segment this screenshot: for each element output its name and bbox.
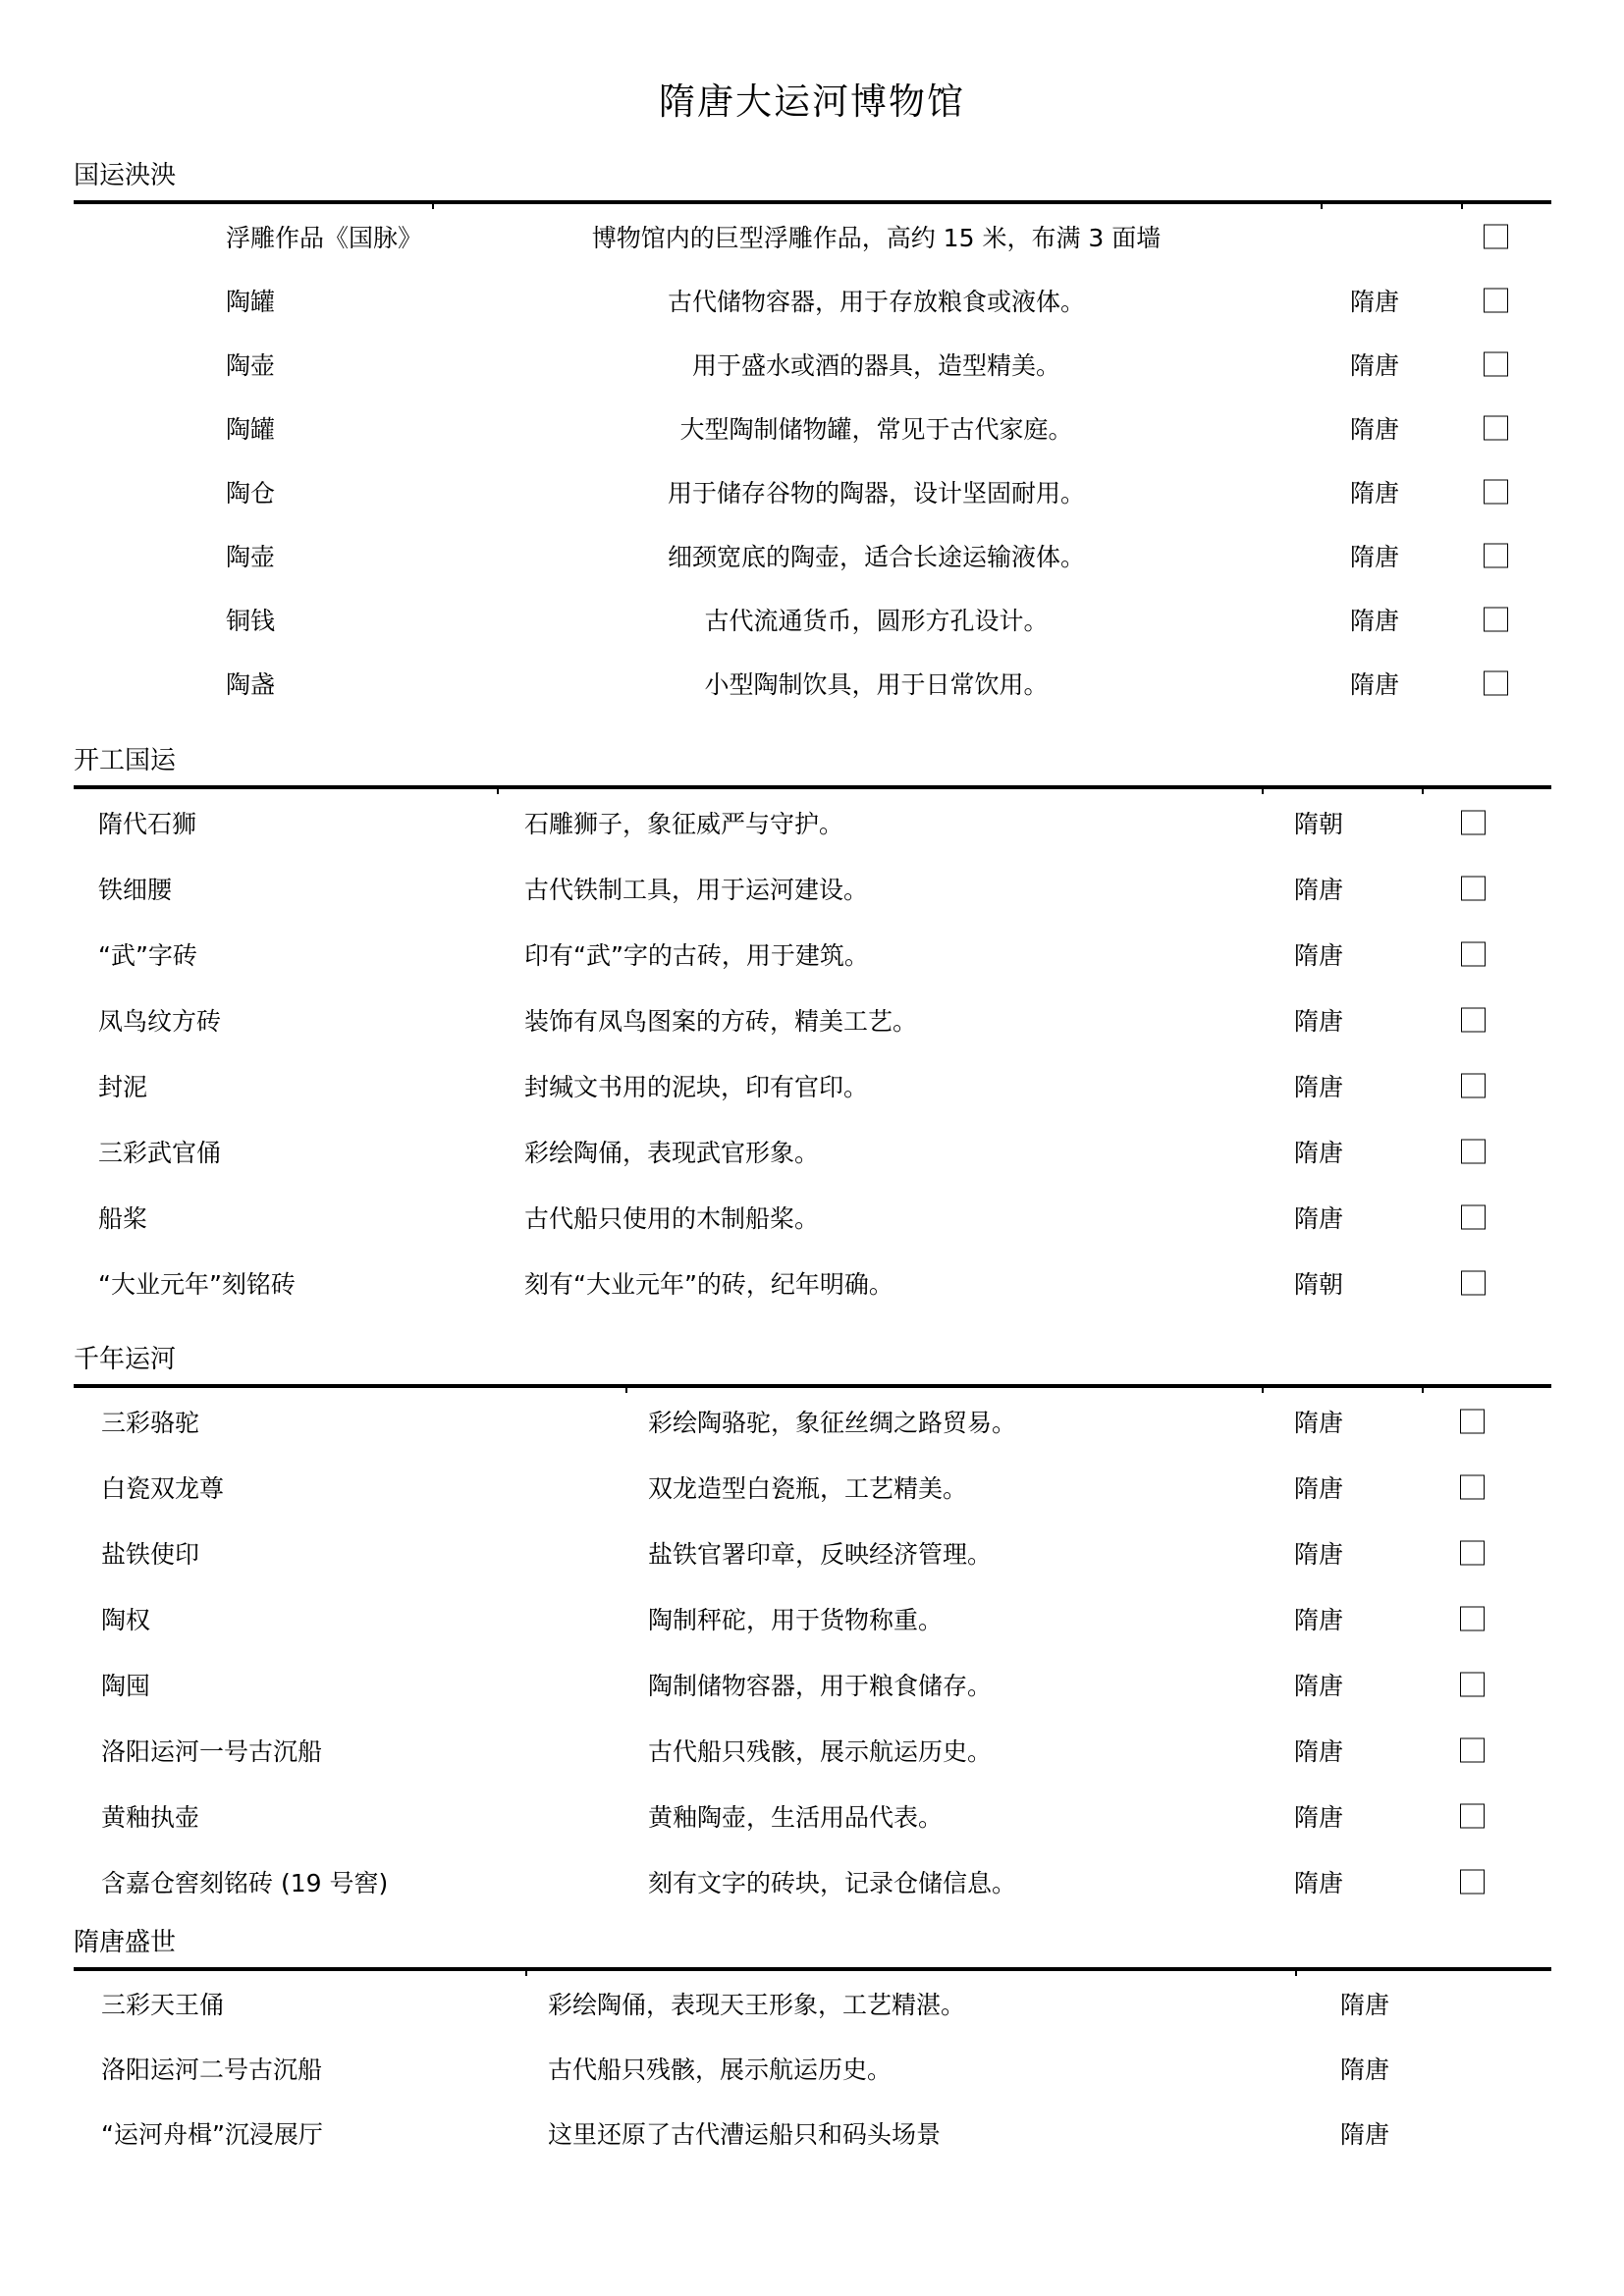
item-dynasty: 隋唐 (1350, 602, 1399, 637)
item-name: 铜钱 (226, 602, 275, 637)
table-row: 陶仓 用于储存谷物的陶器，设计坚固耐用。 隋唐 (0, 459, 1624, 523)
item-name: 陶壶 (226, 347, 275, 382)
section-guoyun-yangyang: 国运泱泱 浮雕作品《国脉》 博物馆内的巨型浮雕作品，高约 15 米，布满 3 面… (0, 159, 1624, 715)
table-row: 陶壶 细颈宽底的陶壶，适合长途运输液体。 隋唐 (0, 523, 1624, 587)
table-row: 陶权 陶制秤砣，用于货物称重。 隋唐 (0, 1585, 1624, 1651)
item-dynasty: 隋唐 (1294, 1733, 1343, 1768)
item-checkbox[interactable] (1461, 1139, 1486, 1163)
table-row: “运河舟楫”沉浸展厅 这里还原了古代漕运船只和码头场景 隋唐 (0, 2101, 1624, 2165)
table-row: 凤鸟纹方砖 装饰有凤鸟图案的方砖，精美工艺。 隋唐 (0, 987, 1624, 1052)
item-desc: 双龙造型白瓷瓶，工艺精美。 (648, 1469, 967, 1505)
item-desc: 彩绘陶俑，表现天王形象，工艺精湛。 (548, 1986, 965, 2021)
item-dynasty: 隋唐 (1350, 666, 1399, 701)
item-checkbox[interactable] (1460, 1737, 1485, 1762)
section-qiannian-yunhe: 千年运河 三彩骆驼 彩绘陶骆驼，象征丝绸之路贸易。 隋唐 白瓷双龙尊 双龙造型白… (0, 1343, 1624, 1914)
item-checkbox[interactable] (1484, 224, 1508, 248)
item-name: 陶盏 (226, 666, 275, 701)
item-checkbox[interactable] (1484, 607, 1508, 631)
item-desc: 古代船只残骸，展示航运历史。 (548, 2051, 892, 2086)
item-desc: 彩绘陶骆驼，象征丝绸之路贸易。 (648, 1404, 1016, 1439)
item-desc: 石雕狮子，象征威严与守护。 (524, 805, 843, 840)
item-name: 封泥 (98, 1068, 147, 1103)
item-dynasty: 隋唐 (1294, 1404, 1343, 1439)
item-checkbox[interactable] (1461, 1007, 1486, 1032)
item-checkbox[interactable] (1461, 1073, 1486, 1097)
item-checkbox[interactable] (1484, 670, 1508, 695)
item-dynasty: 隋唐 (1294, 1601, 1343, 1636)
item-desc: 古代船只残骸，展示航运历史。 (648, 1733, 992, 1768)
item-desc: 陶制秤砣，用于货物称重。 (648, 1601, 943, 1636)
item-dynasty: 隋朝 (1294, 805, 1343, 840)
section-heading: 开工国运 (74, 744, 1624, 777)
table-row: 陶罐 大型陶制储物罐，常见于古代家庭。 隋唐 (0, 396, 1624, 459)
item-desc: 盐铁官署印章，反映经济管理。 (648, 1535, 992, 1571)
item-dynasty: 隋唐 (1340, 2051, 1389, 2086)
item-name: 含嘉仓窖刻铭砖 (19 号窖) (101, 1864, 388, 1899)
item-desc: 古代储物容器，用于存放粮食或液体。 (432, 283, 1321, 318)
item-checkbox[interactable] (1460, 1803, 1485, 1828)
item-desc: 用于储存谷物的陶器，设计坚固耐用。 (432, 474, 1321, 509)
table-row: 洛阳运河一号古沉船 古代船只残骸，展示航运历史。 隋唐 (0, 1717, 1624, 1783)
item-checkbox[interactable] (1461, 810, 1486, 834)
item-checkbox[interactable] (1460, 1869, 1485, 1894)
item-checkbox[interactable] (1460, 1672, 1485, 1696)
item-name: 陶仓 (226, 474, 275, 509)
table-row: 三彩天王俑 彩绘陶俑，表现天王形象，工艺精湛。 隋唐 (0, 1971, 1624, 2036)
item-desc: 这里还原了古代漕运船只和码头场景 (548, 2115, 941, 2151)
item-name: “运河舟楫”沉浸展厅 (101, 2115, 323, 2151)
item-desc: 黄釉陶壶，生活用品代表。 (648, 1798, 943, 1834)
item-dynasty: 隋唐 (1340, 1986, 1389, 2021)
item-name: 陶罐 (226, 283, 275, 318)
item-name: 凤鸟纹方砖 (98, 1002, 221, 1038)
item-name: 三彩骆驼 (101, 1404, 199, 1439)
item-checkbox[interactable] (1484, 543, 1508, 567)
item-name: 黄釉执壶 (101, 1798, 199, 1834)
table-row: 铜钱 古代流通货币，圆形方孔设计。 隋唐 (0, 587, 1624, 651)
table-row: 陶罐 古代储物容器，用于存放粮食或液体。 隋唐 (0, 268, 1624, 332)
item-name: “大业元年”刻铭砖 (98, 1265, 296, 1301)
item-desc: 彩绘陶俑，表现武官形象。 (524, 1134, 819, 1169)
item-checkbox[interactable] (1460, 1474, 1485, 1499)
item-desc: 博物馆内的巨型浮雕作品，高约 15 米，布满 3 面墙 (432, 219, 1321, 254)
table-row: 隋代石狮 石雕狮子，象征威严与守护。 隋朝 (0, 789, 1624, 855)
item-checkbox[interactable] (1484, 351, 1508, 376)
table-row: “大业元年”刻铭砖 刻有“大业元年”的砖，纪年明确。 隋朝 (0, 1250, 1624, 1315)
item-desc: 细颈宽底的陶壶，适合长途运输液体。 (432, 538, 1321, 573)
item-dynasty: 隋唐 (1294, 1667, 1343, 1702)
item-desc: 装饰有凤鸟图案的方砖，精美工艺。 (524, 1002, 917, 1038)
item-desc: 大型陶制储物罐，常见于古代家庭。 (432, 410, 1321, 446)
table-row: 三彩武官俑 彩绘陶俑，表现武官形象。 隋唐 (0, 1118, 1624, 1184)
item-dynasty: 隋唐 (1350, 474, 1399, 509)
item-desc: 古代船只使用的木制船桨。 (524, 1200, 819, 1235)
item-dynasty: 隋唐 (1294, 1469, 1343, 1505)
item-name: 船桨 (98, 1200, 147, 1235)
page-title: 隋唐大运河博物馆 (0, 0, 1624, 124)
item-checkbox[interactable] (1461, 876, 1486, 900)
item-dynasty: 隋唐 (1294, 1002, 1343, 1038)
item-dynasty: 隋唐 (1350, 538, 1399, 573)
table-row: 陶盏 小型陶制饮具，用于日常饮用。 隋唐 (0, 651, 1624, 715)
item-dynasty: 隋唐 (1350, 347, 1399, 382)
item-checkbox[interactable] (1484, 415, 1508, 440)
item-name: 白瓷双龙尊 (101, 1469, 224, 1505)
item-dynasty: 隋唐 (1294, 1200, 1343, 1235)
item-name: 洛阳运河二号古沉船 (101, 2051, 322, 2086)
item-desc: 刻有文字的砖块，记录仓储信息。 (648, 1864, 1016, 1899)
item-dynasty: 隋唐 (1294, 1068, 1343, 1103)
item-name: 铁细腰 (98, 871, 172, 906)
item-dynasty: 隋唐 (1294, 871, 1343, 906)
item-name: 陶囤 (101, 1667, 150, 1702)
item-desc: 用于盛水或酒的器具，造型精美。 (432, 347, 1321, 382)
section-heading: 隋唐盛世 (74, 1926, 1624, 1959)
item-name: 陶壶 (226, 538, 275, 573)
item-dynasty: 隋唐 (1294, 1134, 1343, 1169)
item-dynasty: 隋唐 (1294, 1535, 1343, 1571)
table-row: 铁细腰 古代铁制工具，用于运河建设。 隋唐 (0, 855, 1624, 921)
item-dynasty: 隋朝 (1294, 1265, 1343, 1301)
item-desc: 印有“武”字的古砖，用于建筑。 (524, 936, 869, 972)
item-checkbox[interactable] (1461, 941, 1486, 966)
section-suitang-shengshi: 隋唐盛世 三彩天王俑 彩绘陶俑，表现天王形象，工艺精湛。 隋唐 洛阳运河二号古沉… (0, 1926, 1624, 2165)
table-row: 封泥 封缄文书用的泥块，印有官印。 隋唐 (0, 1052, 1624, 1118)
table-row: 陶壶 用于盛水或酒的器具，造型精美。 隋唐 (0, 332, 1624, 396)
table-row: 白瓷双龙尊 双龙造型白瓷瓶，工艺精美。 隋唐 (0, 1454, 1624, 1520)
item-desc: 陶制储物容器，用于粮食储存。 (648, 1667, 992, 1702)
table-row: 含嘉仓窖刻铭砖 (19 号窖) 刻有文字的砖块，记录仓储信息。 隋唐 (0, 1848, 1624, 1914)
table-row: 三彩骆驼 彩绘陶骆驼，象征丝绸之路贸易。 隋唐 (0, 1388, 1624, 1454)
table-row: 船桨 古代船只使用的木制船桨。 隋唐 (0, 1184, 1624, 1250)
item-dynasty: 隋唐 (1350, 410, 1399, 446)
item-dynasty: 隋唐 (1294, 1798, 1343, 1834)
table-row: 陶囤 陶制储物容器，用于粮食储存。 隋唐 (0, 1651, 1624, 1717)
item-name: 隋代石狮 (98, 805, 196, 840)
item-dynasty: 隋唐 (1340, 2115, 1389, 2151)
item-name: 陶权 (101, 1601, 150, 1636)
item-name: 盐铁使印 (101, 1535, 199, 1571)
item-checkbox[interactable] (1461, 1204, 1486, 1229)
item-dynasty: 隋唐 (1350, 283, 1399, 318)
item-desc: 古代铁制工具，用于运河建设。 (524, 871, 868, 906)
item-checkbox[interactable] (1461, 1270, 1486, 1295)
section-heading: 国运泱泱 (74, 159, 1624, 192)
item-dynasty: 隋唐 (1294, 936, 1343, 972)
table-row: 盐铁使印 盐铁官署印章，反映经济管理。 隋唐 (0, 1520, 1624, 1585)
item-name: 浮雕作品《国脉》 (226, 219, 422, 254)
item-name: 三彩武官俑 (98, 1134, 221, 1169)
item-name: 三彩天王俑 (101, 1986, 224, 2021)
item-checkbox[interactable] (1460, 1540, 1485, 1565)
section-kaigong-guoyun: 开工国运 隋代石狮 石雕狮子，象征威严与守护。 隋朝 铁细腰 古代铁制工具，用于… (0, 744, 1624, 1315)
table-row: 洛阳运河二号古沉船 古代船只残骸，展示航运历史。 隋唐 (0, 2036, 1624, 2101)
section-heading: 千年运河 (74, 1343, 1624, 1376)
item-name: “武”字砖 (98, 936, 197, 972)
item-name: 陶罐 (226, 410, 275, 446)
item-desc: 古代流通货币，圆形方孔设计。 (432, 602, 1321, 637)
item-checkbox[interactable] (1460, 1606, 1485, 1630)
item-checkbox[interactable] (1484, 479, 1508, 504)
item-desc: 小型陶制饮具，用于日常饮用。 (432, 666, 1321, 701)
item-dynasty: 隋唐 (1294, 1864, 1343, 1899)
item-checkbox[interactable] (1460, 1409, 1485, 1433)
table-row: 浮雕作品《国脉》 博物馆内的巨型浮雕作品，高约 15 米，布满 3 面墙 (0, 204, 1624, 268)
item-desc: 封缄文书用的泥块，印有官印。 (524, 1068, 868, 1103)
table-row: “武”字砖 印有“武”字的古砖，用于建筑。 隋唐 (0, 921, 1624, 987)
item-desc: 刻有“大业元年”的砖，纪年明确。 (524, 1265, 893, 1301)
item-name: 洛阳运河一号古沉船 (101, 1733, 322, 1768)
item-checkbox[interactable] (1484, 288, 1508, 312)
table-row: 黄釉执壶 黄釉陶壶，生活用品代表。 隋唐 (0, 1783, 1624, 1848)
